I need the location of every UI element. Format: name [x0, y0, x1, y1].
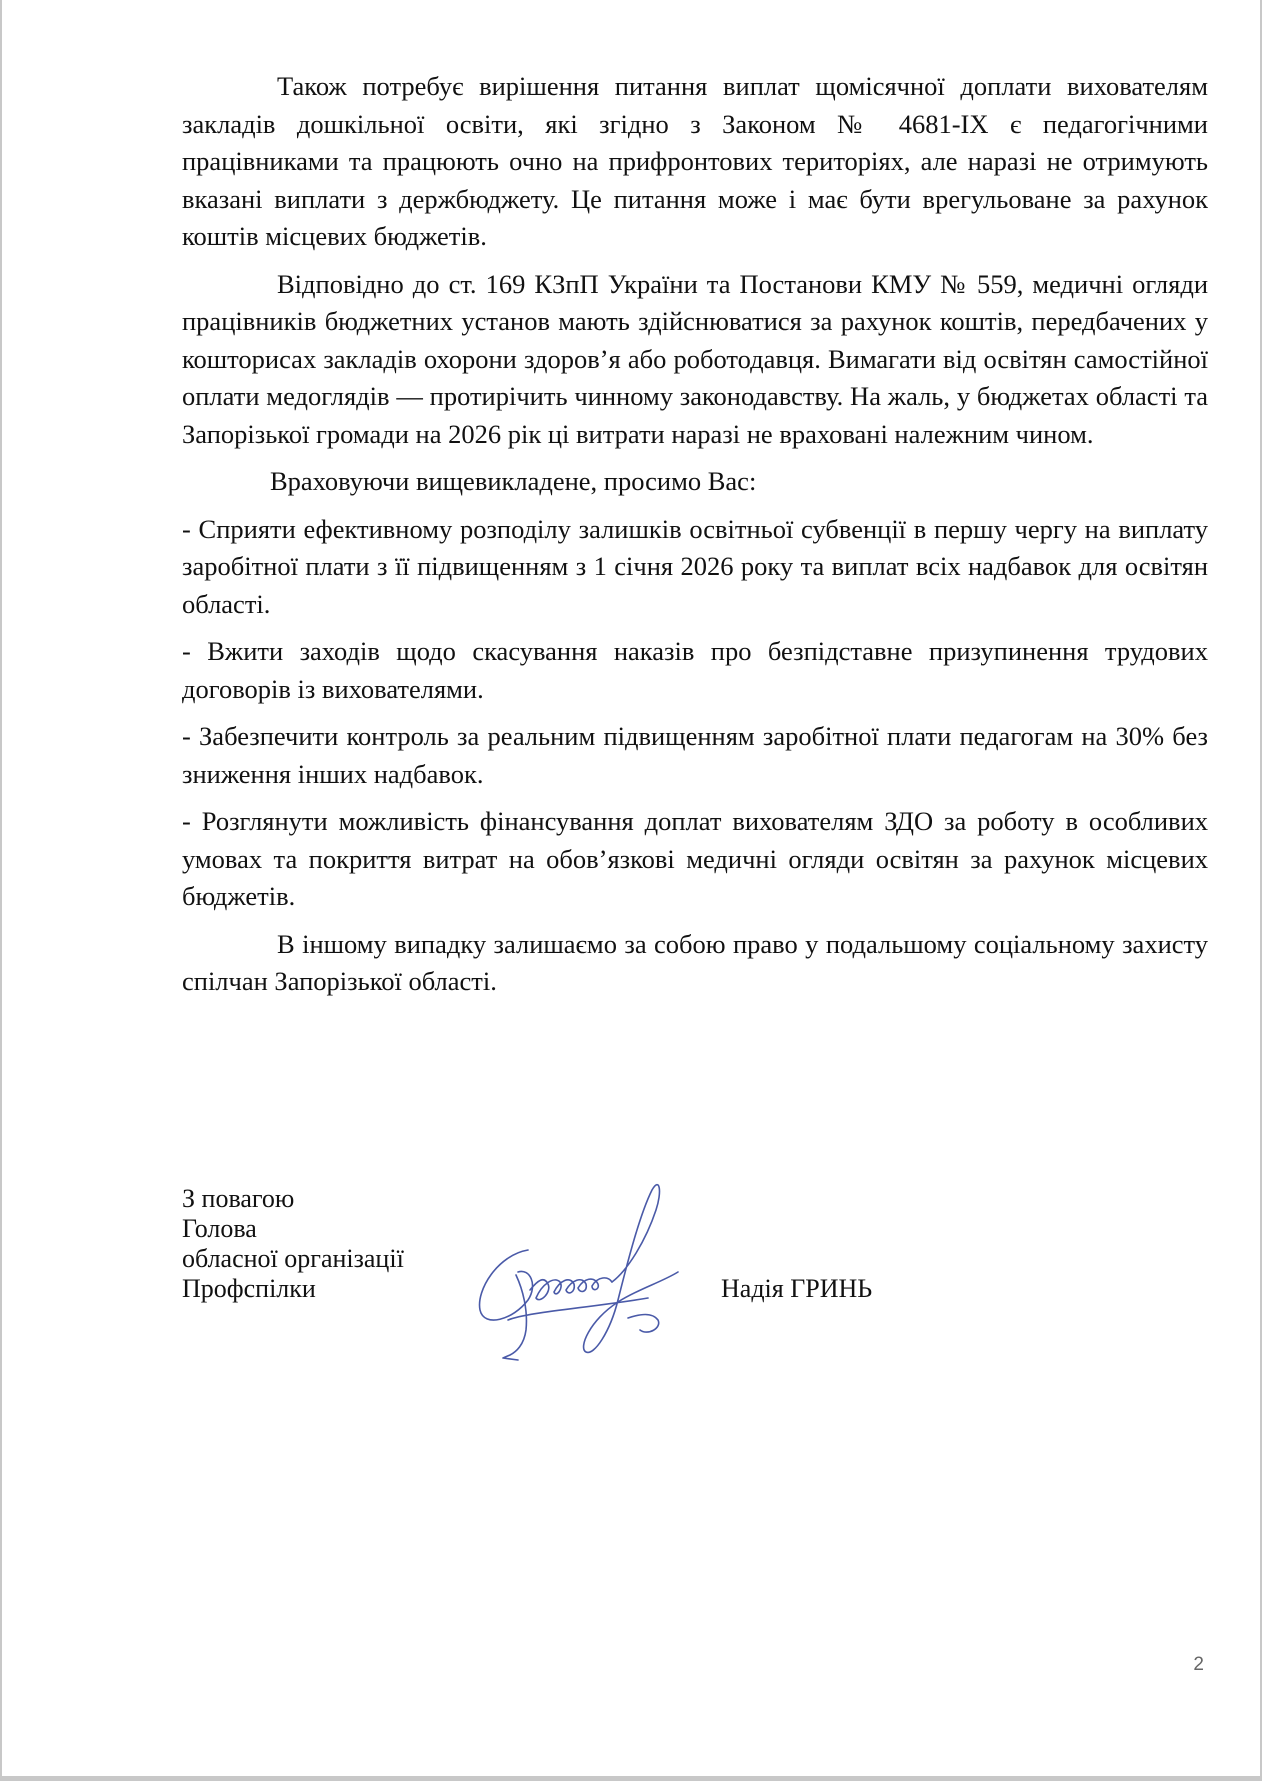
request-item-4: - Розглянути можливість фінансування доп… — [182, 803, 1208, 916]
signature-line-regards: З повагою — [182, 1184, 404, 1214]
paragraph-doplaty: Також потребує вирішення питання виплат … — [182, 68, 1208, 256]
request-item-3: - Забезпечити контроль за реальним підви… — [182, 718, 1208, 793]
paragraph-medoglyady: Відповідно до ст. 169 КЗпП України та По… — [182, 266, 1208, 454]
paragraph-closing: В іншому випадку залишаємо за собою прав… — [182, 926, 1208, 1001]
signature-line-union: Профспілки — [182, 1274, 404, 1304]
document-page: Також потребує вирішення питання виплат … — [2, 0, 1260, 1776]
body-text: Також потребує вирішення питання виплат … — [182, 68, 1208, 1001]
paragraph-request-intro: Враховуючи вищевикладене, просимо Вас: — [182, 463, 1208, 501]
signature-line-organization: обласної організації — [182, 1244, 404, 1274]
request-item-2: - Вжити заходів щодо скасування наказів … — [182, 633, 1208, 708]
signature-line-title: Голова — [182, 1214, 404, 1244]
page-number: 2 — [1193, 1654, 1204, 1676]
handwritten-signature-icon — [468, 1180, 728, 1370]
request-item-1: - Сприяти ефективному розподілу залишків… — [182, 511, 1208, 624]
signature-block: З повагою Голова обласної організації Пр… — [182, 1184, 404, 1304]
signatory-name: Надія ГРИНЬ — [721, 1274, 872, 1304]
